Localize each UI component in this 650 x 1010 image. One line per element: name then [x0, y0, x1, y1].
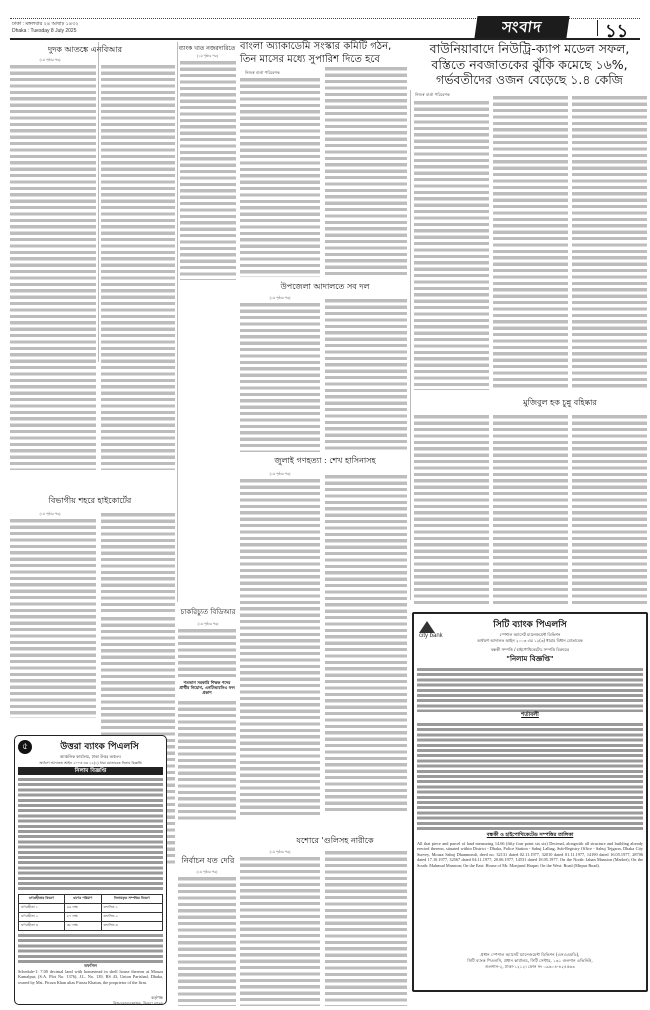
- ad-uttara-sub2: অর্থঋণ আদালত আইন ২০০৩ এর ১২(১) ধারা মোতা…: [18, 760, 163, 766]
- dateline-english: Dhaka : Tuesday 8 July 2025: [12, 28, 132, 35]
- ad-city-footer3: গুলশান-২, ঢাকা-১২১২। ফোন নং ০৯৬০৪-৪২৪৫৬৩: [417, 964, 643, 970]
- column-divider: [98, 42, 99, 362]
- headline-mujibul: মুজিবুল হক চুন্নু বহিষ্কার: [470, 398, 650, 408]
- city-bank-logo: city bank: [419, 621, 443, 639]
- city-bank-logo-text: city bank: [419, 633, 443, 639]
- byline: নিজস্ব বার্তা পরিবেশক: [245, 70, 280, 77]
- column-divider: [410, 90, 411, 600]
- masthead-text: সংবাদ: [501, 18, 543, 36]
- table-row: ঋণগ্রহীতা ১ ৯৬ লক্ষ তফসিল-১: [19, 904, 163, 913]
- headline-academy-line2: তিন মাসের মধ্যে সুপারিশ দিতে হবে: [240, 54, 410, 67]
- dateline: ঢাকা : মঙ্গলবার ২৪ আষাঢ় ১৪৩২ Dhaka : Tu…: [12, 21, 132, 35]
- headline-upazila: উপজেলা আদালতে সব দল: [240, 282, 410, 292]
- headline-jessore: যশোরে 'গুলিসহ নারীকে: [260, 836, 410, 846]
- headline-nutricap-line1: বাউনিয়াবাদে নিউট্রি-ক্যাপ মডেল সফল,: [412, 41, 647, 57]
- ad-city-bank: city bank সিটি ব্যাংক পিএলসি স্পেশাল অ্য…: [412, 612, 648, 992]
- article-election-body: নির্বাচন বিলম্বিত হলে দেশের রাজনৈতিক অস্…: [178, 876, 236, 1006]
- ad-city-title: সিটি ব্যাংক পিএলসি: [417, 617, 643, 632]
- headline-bivagiyo: বিভাগীয় শহরে হাইকোর্টের: [10, 496, 170, 506]
- headline-july: জুলাই গণহত্যা : শেখ হাসিনাসহ: [240, 456, 410, 466]
- ad-uttara-title: উত্তরা ব্যাংক পিএলসি: [36, 739, 163, 754]
- uttara-bank-logo-icon: ৫: [18, 740, 32, 754]
- headline-nutricap: বাউনিয়াবাদে নিউট্রি-ক্যাপ মডেল সফল, বস্…: [412, 41, 647, 88]
- article-upazila-body-col2: [325, 298, 407, 452]
- dateline-bangla: ঢাকা : মঙ্গলবার ২৪ আষাঢ় ১৪৩২: [12, 21, 132, 28]
- ad-uttara-table: ঋণগ্রহীতার বিবরণ ঋণের পরিমাণ নিলামকৃত সম…: [18, 894, 163, 931]
- article-academy-body: বাংলা একাডেমির কার্যক্রম পর্যালোচনা ও সং…: [240, 77, 320, 277]
- article-chakri-body-col2: [178, 700, 236, 820]
- headline-chakri: চাকরিচ্যুত বিডিআর: [178, 608, 238, 617]
- table-header: ঋণের পরিমাণ: [64, 895, 101, 904]
- byline: নিজস্ব বার্তা পরিবেশক: [415, 92, 450, 99]
- headline-election: নির্বাচন যত দেরি: [176, 856, 240, 866]
- header-bottom-rule: [10, 38, 640, 40]
- article-jessore-body-col2: [325, 850, 407, 1006]
- article-bivagiyo-body: বিভাগীয় শহরগুলোতে হাইকোর্টের স্থায়ী বে…: [10, 518, 96, 718]
- table-row: ঋণগ্রহীতা ৩ ৩৮ লক্ষ তফসিল-৩: [19, 922, 163, 931]
- article-july-body-col2: [325, 474, 407, 814]
- article-chakri-body: চাকরিচ্যুত বিডিআর সদস্যদের পুনর্বহালের দ…: [178, 628, 236, 678]
- headline-bank: ব্যাংক খাত নজরদারিতে: [177, 45, 237, 53]
- ad-city-terms-heading: শর্তাবলী: [417, 712, 643, 720]
- ad-city-property-heading: বন্ধকী ও হাইপোথিকেটেড সম্পত্তির তালিকা: [417, 832, 643, 840]
- ad-city-terms: [417, 722, 643, 832]
- article-dudok-body-col2: [101, 64, 175, 470]
- article-nutricap-body-col3: [572, 95, 647, 390]
- ad-uttara-signature: উপ-মহাব্যবস্থাপক, উত্তরা ব্যাংক: [18, 1001, 163, 1007]
- ad-uttara-terms: [18, 933, 163, 963]
- table-header: ঋণগ্রহীতার বিবরণ: [19, 895, 65, 904]
- city-bank-logo-icon: [419, 621, 435, 633]
- article-bank-body: বাংলাদেশ ব্যাংকের পরিদর্শন প্রতিবেদনে ঋণ…: [180, 60, 236, 280]
- article-nutricap-body-col2: [493, 95, 568, 390]
- ad-city-sub2: অর্থঋণ আদালত আইন ২০০৩ এর ১২(৩) ধারার বিধ…: [417, 638, 643, 644]
- ad-uttara-band: নিলাম বিজ্ঞপ্তি: [18, 767, 163, 775]
- article-dudok-body: আয়কর বোর্ডের সদস্যদের বিরুদ্ধে দুদকের অ…: [10, 64, 96, 470]
- headline-dudok: দুদক আতঙ্কে এনবিআর: [10, 45, 160, 55]
- article-academy-body-col2: [325, 66, 407, 277]
- headline-nutricap-line2: বস্তিতে নবজাতকের ঝুঁকি কমেছে ১৬%,: [412, 57, 647, 73]
- headline-nutricap-line3: গর্ভবতীদের ওজন বেড়েছে ১.৪ কেজি: [412, 72, 647, 88]
- ad-uttara-bank: ৫ উত্তরা ব্যাংক পিএলসি আঞ্চলিক কার্যালয়…: [14, 735, 167, 1005]
- subhead-chakri: শতভাগ সরকারি শিক্ষক পদের প্রার্থীর নিয়ো…: [178, 680, 236, 695]
- headline-academy-line1: বাংলা অ্যাকাডেমি সংস্কার কমিটি গঠন,: [240, 41, 410, 54]
- ad-city-property-text: All that piece and parcel of land measur…: [417, 841, 643, 949]
- header-divider: [597, 20, 598, 36]
- article-jessore-body: যশোরে অস্ত্রসহ এক নারীকে আটক করেছে পুলিশ…: [240, 856, 320, 1006]
- ad-uttara-schedule: Schedule-1: 7.00 decimal land with homes…: [18, 969, 163, 995]
- ad-city-band: "নিলাম বিজ্ঞপ্তি": [417, 653, 643, 665]
- table-row: ঋণগ্রহীতা ২ ৮৭ লক্ষ তফসিল-২: [19, 913, 163, 922]
- headline-academy: বাংলা অ্যাকাডেমি সংস্কার কমিটি গঠন, তিন …: [240, 41, 410, 66]
- ad-city-intro: [417, 667, 643, 712]
- article-nutricap-body: এই গবেষণায় অংশগ্রহণকারী গর্ভবতী নারীদের…: [414, 100, 489, 390]
- article-mujibul-body-col2: [493, 414, 568, 604]
- article-july-body: আন্তর্জাতিক অপরাধ ট্রাইব্যুনালে জুলাই গণ…: [240, 478, 320, 818]
- column-divider: [177, 42, 178, 602]
- article-upazila-body: রাজনৈতিক দলগুলো উপজেলা পর্যায়ে আদালত স্…: [240, 302, 320, 452]
- masthead-logo: সংবাদ: [474, 16, 569, 38]
- table-header: নিলামকৃত সম্পত্তির বিবরণ: [101, 895, 162, 904]
- article-mujibul-body: দলীয় শৃঙ্খলা ভঙ্গের অভিযোগে জাতীয় পার্…: [414, 414, 489, 604]
- article-bivagiyo-body-col2: [101, 512, 175, 612]
- article-mujibul-body-col3: [572, 414, 647, 604]
- ad-uttara-body: [18, 777, 163, 892]
